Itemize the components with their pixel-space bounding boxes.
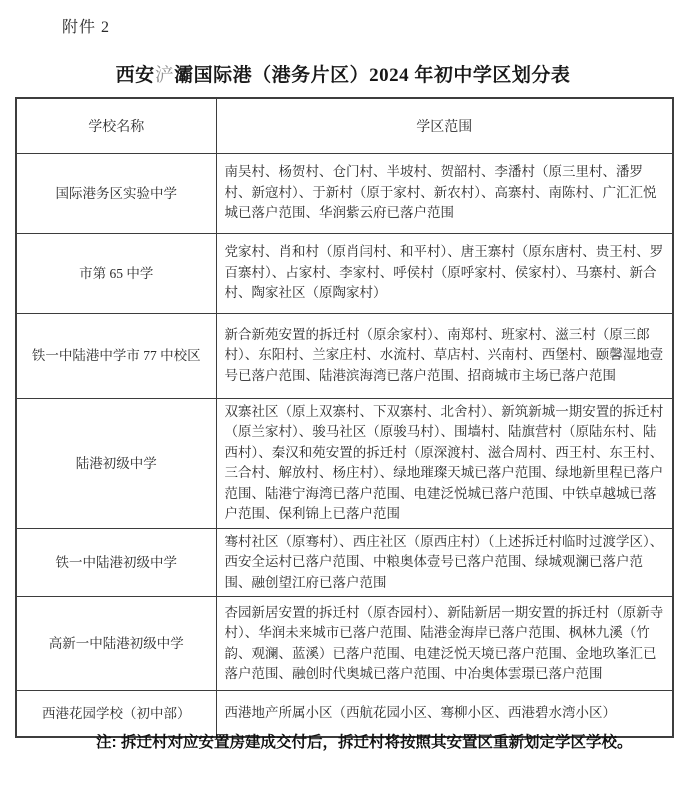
page-container: 附件 2 西安浐灞国际港（港务片区）2024 年初中学区划分表 学校名称 学区范… xyxy=(0,0,686,801)
school-name-cell: 高新一中陆港初级中学 xyxy=(16,597,216,691)
district-range-cell: 新合新苑安置的拆迁村（原余家村）、南郑村、班家村、滋三村（原三郎村）、东阳村、兰… xyxy=(216,313,673,398)
table-row: 西港花园学校（初中部） 西港地产所属小区（西航花园小区、骞柳小区、西港碧水湾小区… xyxy=(16,691,673,737)
table-row: 国际港务区实验中学 南吴村、杨贺村、仓门村、半坡村、贺韶村、李潘村（原三里村、潘… xyxy=(16,153,673,233)
district-range-cell: 西港地产所属小区（西航花园小区、骞柳小区、西港碧水湾小区） xyxy=(216,691,673,737)
header-district-range: 学区范围 xyxy=(216,98,673,153)
school-name-cell: 铁一中陆港初级中学 xyxy=(16,528,216,597)
document-page: { "attachment_label": "附件 2", "title": {… xyxy=(0,0,686,801)
table-row: 陆港初级中学 双寨社区（原上双寨村、下双寨村、北舍村）、新筑新城一期安置的拆迁村… xyxy=(16,398,673,528)
district-range-cell: 杏园新居安置的拆迁村（原杏园村）、新陆新居一期安置的拆迁村（原新寺村）、华润未来… xyxy=(216,597,673,691)
footnote: 注: 拆迁村对应安置房建成交付后，拆迁村将按照其安置区重新划定学区学校。 xyxy=(66,732,654,754)
district-range-cell: 党家村、肖和村（原肖闫村、和平村）、唐王寨村（原东唐村、贵王村、罗百寨村）、占家… xyxy=(216,233,673,313)
table-row: 铁一中陆港初级中学 骞村社区（原骞村）、西庄社区（原西庄村）（上述拆迁村临时过渡… xyxy=(16,528,673,597)
table-row: 高新一中陆港初级中学 杏园新居安置的拆迁村（原杏园村）、新陆新居一期安置的拆迁村… xyxy=(16,597,673,691)
title-prefix: 西安 xyxy=(116,65,155,86)
title-rest: 灞国际港（港务片区）2024 年初中学区划分表 xyxy=(174,65,570,86)
district-range-cell: 双寨社区（原上双寨村、下双寨村、北舍村）、新筑新城一期安置的拆迁村（原兰家村）、… xyxy=(216,398,673,528)
table-row: 市第 65 中学 党家村、肖和村（原肖闫村、和平村）、唐王寨村（原东唐村、贵王村… xyxy=(16,233,673,313)
school-name-cell: 市第 65 中学 xyxy=(16,233,216,313)
title-light-char: 浐 xyxy=(155,65,175,86)
school-name-cell: 西港花园学校（初中部） xyxy=(16,691,216,737)
table-row: 铁一中陆港中学市 77 中校区 新合新苑安置的拆迁村（原余家村）、南郑村、班家村… xyxy=(16,313,673,398)
district-range-cell: 骞村社区（原骞村）、西庄社区（原西庄村）（上述拆迁村临时过渡学区）、西安全运村已… xyxy=(216,528,673,597)
page-title: 西安浐灞国际港（港务片区）2024 年初中学区划分表 xyxy=(0,60,686,87)
school-name-cell: 国际港务区实验中学 xyxy=(16,153,216,233)
school-name-cell: 陆港初级中学 xyxy=(16,398,216,528)
header-school-name: 学校名称 xyxy=(16,98,216,153)
attachment-label: 附件 2 xyxy=(62,14,110,37)
school-district-table: 学校名称 学区范围 国际港务区实验中学 南吴村、杨贺村、仓门村、半坡村、贺韶村、… xyxy=(15,97,674,738)
table-header-row: 学校名称 学区范围 xyxy=(16,98,673,153)
school-name-cell: 铁一中陆港中学市 77 中校区 xyxy=(16,313,216,398)
district-range-cell: 南吴村、杨贺村、仓门村、半坡村、贺韶村、李潘村（原三里村、潘罗村、新寇村）、于新… xyxy=(216,153,673,233)
